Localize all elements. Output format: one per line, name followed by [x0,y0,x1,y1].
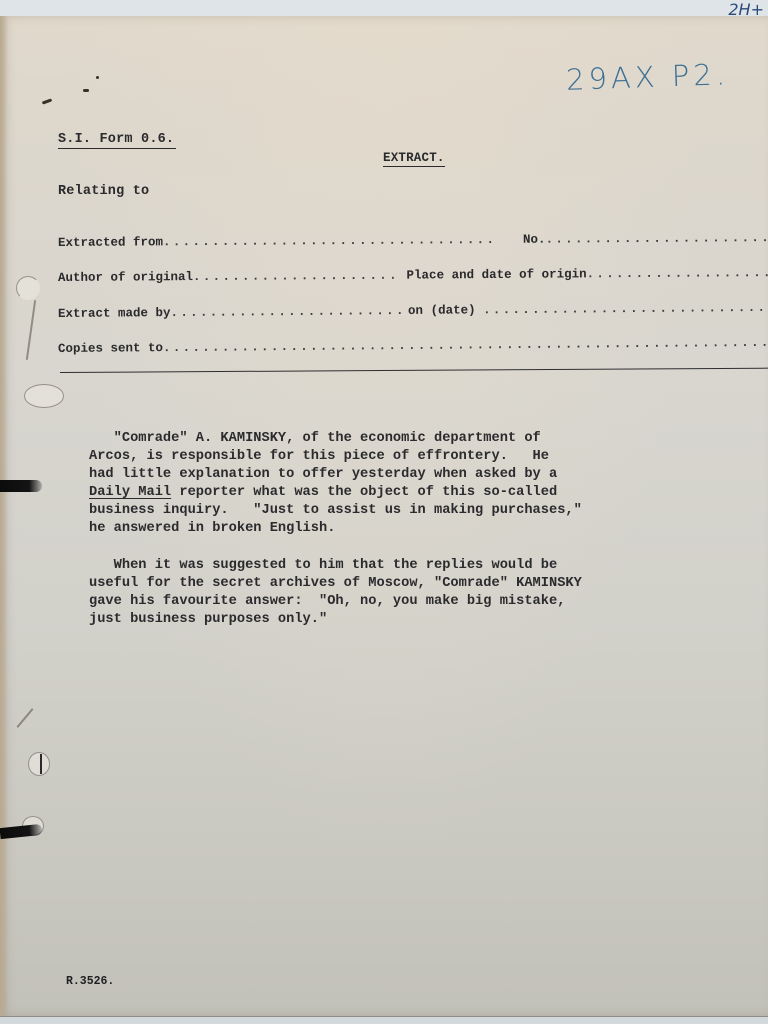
paragraph-2-line: just business purposes only." [89,612,327,627]
paper-damage-mark [83,89,89,92]
paper-damage-mark [96,76,99,79]
relating-to-label: Relating to [58,184,149,199]
author-field: ........................................… [193,269,399,284]
paragraph-1-line: business inquiry. "Just to assist us in … [89,503,582,518]
paragraph-1-line: reporter what was the object of this so-… [171,485,557,500]
paragraph-1: "Comrade" A. KAMINSKY, of the economic d… [89,430,582,538]
paragraph-2-line: When it was suggested to him that the re… [89,558,557,573]
form-identifier: S.I. Form 0.6. [58,132,176,149]
paper-tear [40,754,42,774]
paragraph-1-line: had little explanation to offer yesterda… [89,467,557,482]
copies-sent-to-label: Copies sent to [58,341,163,356]
punch-hole [24,384,64,408]
paragraph-1-line: "Comrade" A. KAMINSKY, of the economic d… [89,431,541,446]
handwritten-reference: 29AX P2. [565,57,729,97]
corner-handwriting: 2H+ [728,0,764,19]
extracted-from-field: ........................................… [163,233,493,249]
punch-hole [28,752,50,776]
number-label: No. [523,233,546,247]
newspaper-name: Daily Mail [89,485,171,500]
extract-made-by-label: Extract made by [58,306,171,321]
page-title: EXTRACT. [383,151,445,167]
paragraph-2-line: gave his favourite answer: "Oh, no, you … [89,594,565,609]
binding-strap [0,480,42,492]
paragraph-1-line: Arcos, is responsible for this piece of … [89,449,549,464]
extract-made-by-field: ........................................… [170,304,400,320]
paragraph-1-line: he answered in broken English. [89,521,335,536]
number-field: ........................................… [546,231,768,247]
on-date-field: ........................................… [483,301,768,317]
punch-hole [16,276,40,300]
extracted-from-label: Extracted from [58,235,163,250]
on-date-label: on (date) [408,303,476,318]
place-date-field: ........................................… [587,266,768,281]
place-date-label: Place and date of origin [406,267,586,282]
paragraph-2: When it was suggested to him that the re… [89,557,582,629]
paragraph-2-line: useful for the secret archives of Moscow… [89,576,582,591]
author-label: Author of original [58,270,193,285]
page-edge-shadow [0,16,8,1016]
footer-reference: R.3526. [66,975,114,988]
